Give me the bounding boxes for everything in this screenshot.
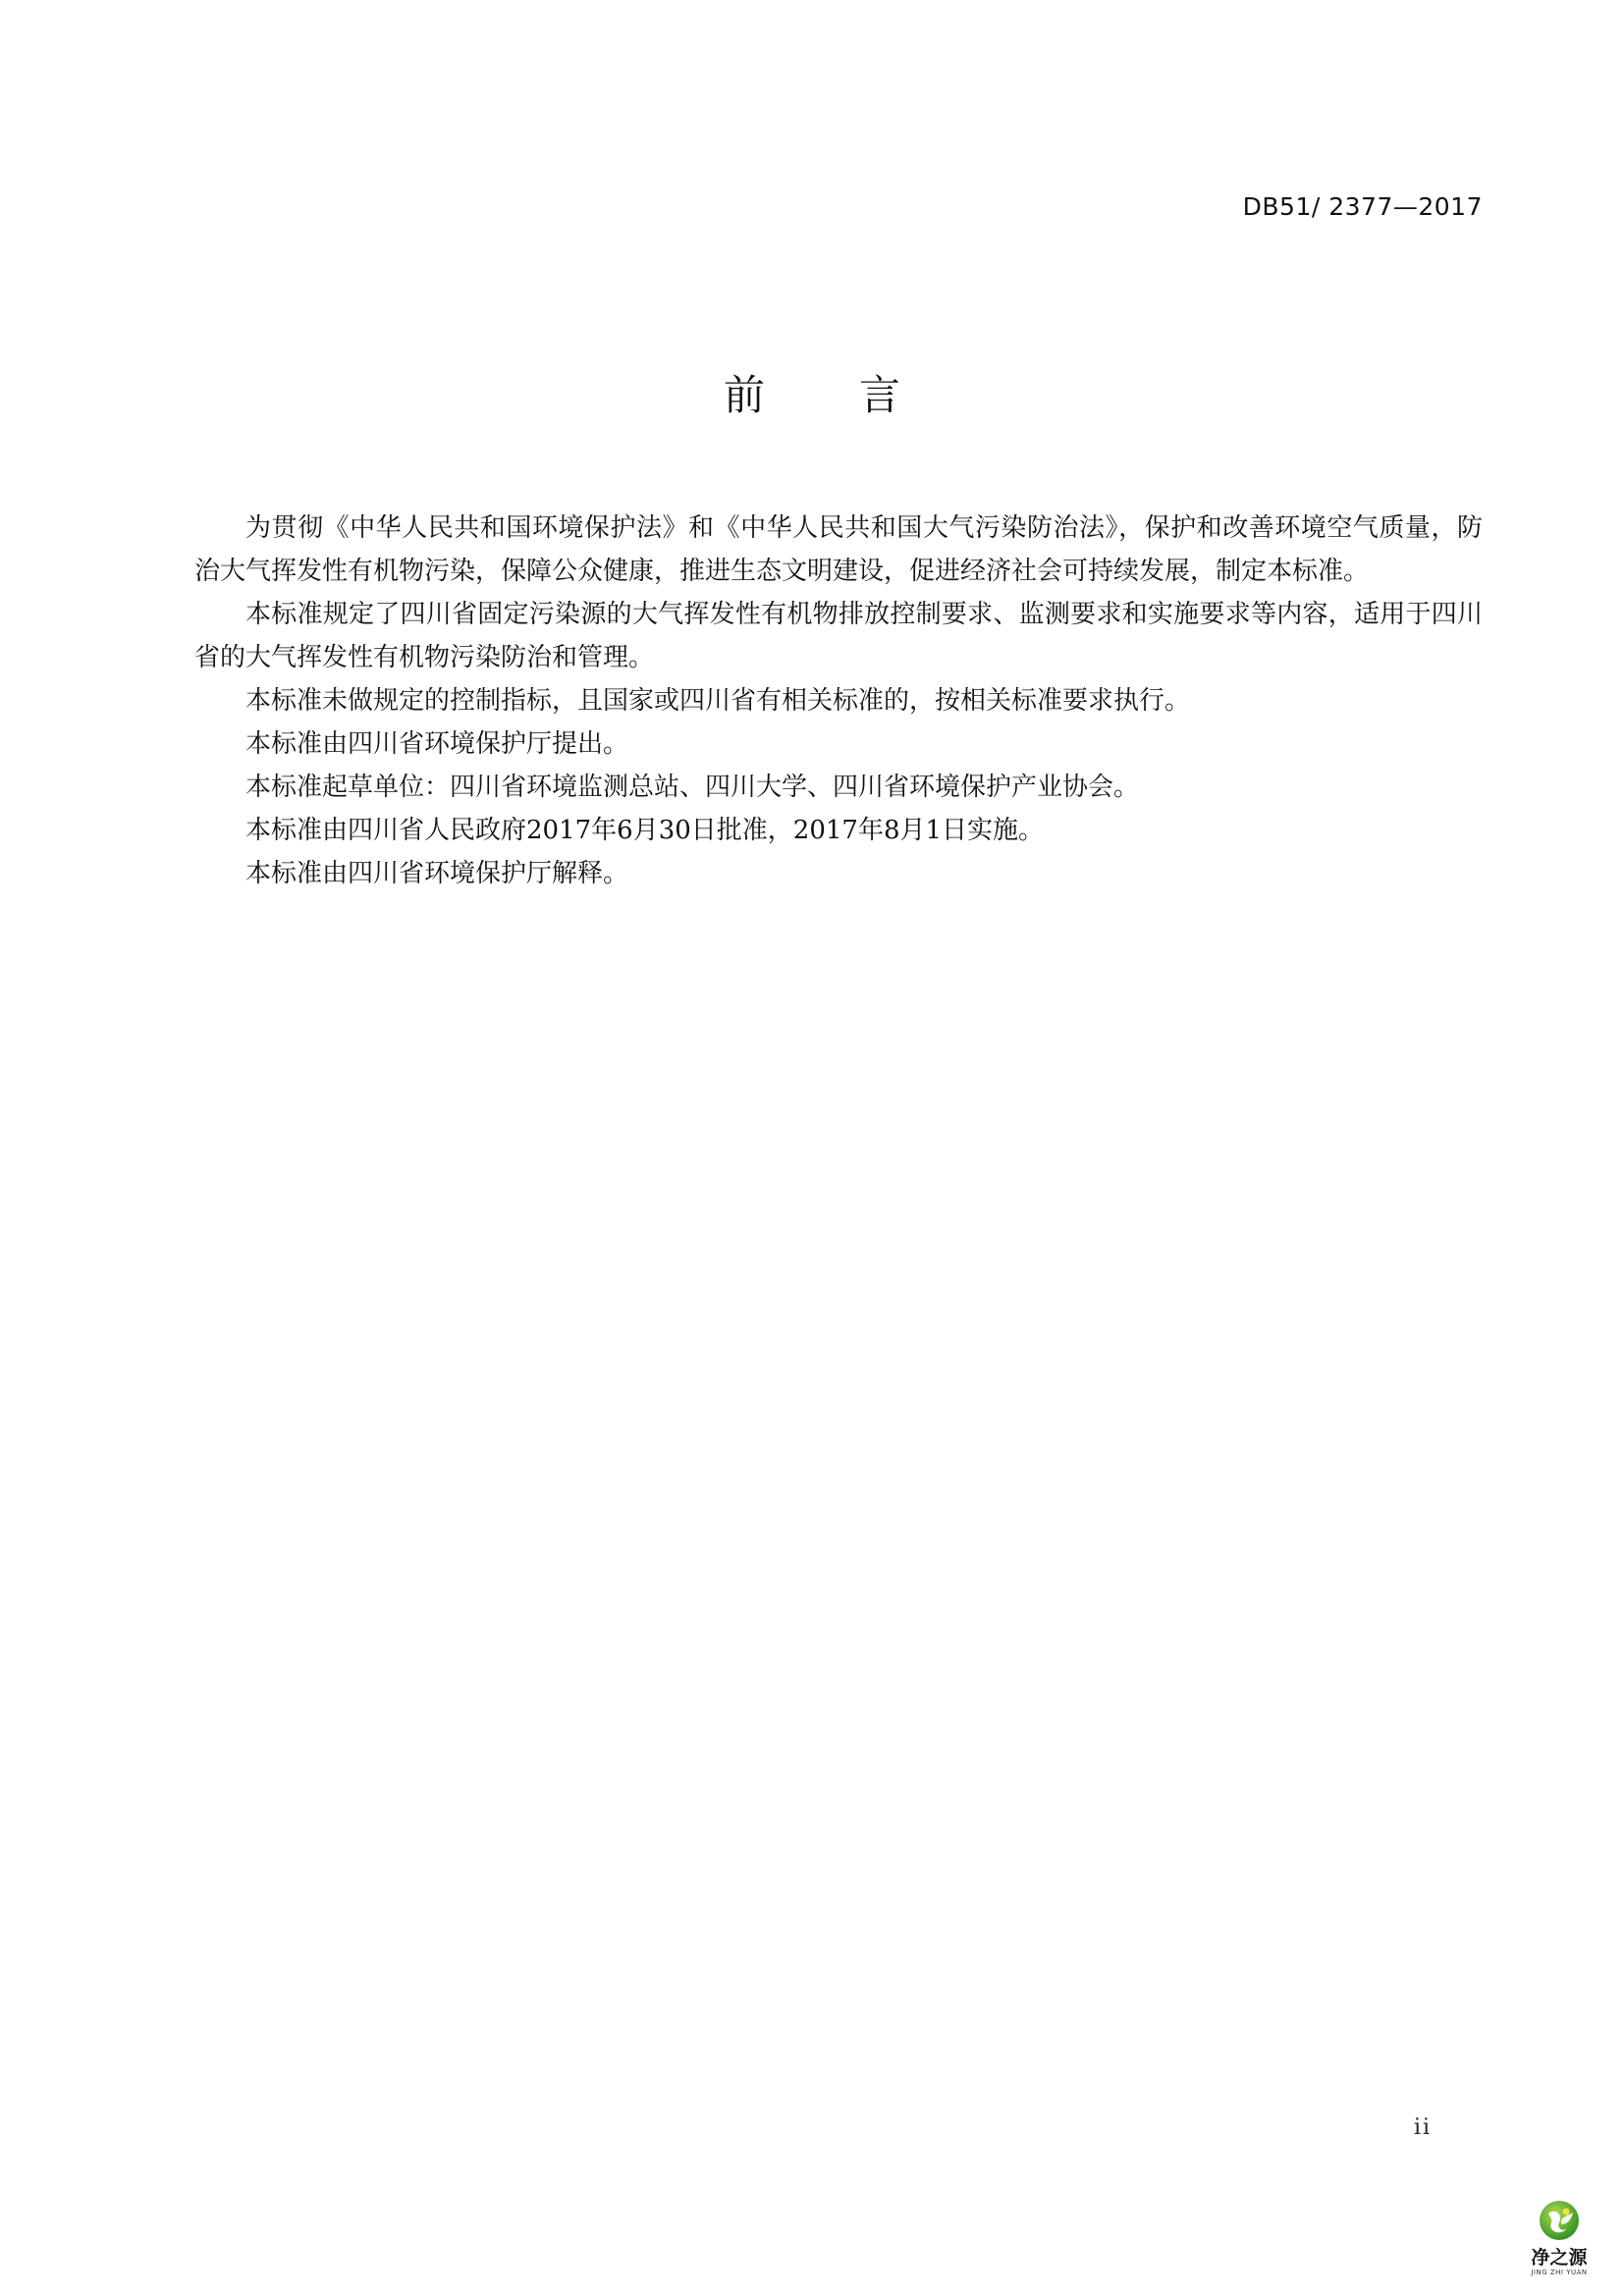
watermark-name: 净之源 <box>1520 2247 1598 2269</box>
watermark-logo: 净之源 JING ZHI YUAN <box>1520 2199 1598 2276</box>
paragraph: 为贯彻《中华人民共和国环境保护法》和《中华人民共和国大气污染防治法》，保护和改善… <box>194 507 1483 593</box>
standard-code: DB51/ 2377—2017 <box>1178 192 1483 221</box>
leaf-sun-logo-icon <box>1538 2199 1581 2242</box>
watermark-subtitle: JING ZHI YUAN <box>1520 2269 1598 2276</box>
page-title: 前言 <box>0 363 1624 422</box>
paragraph: 本标准由四川省环境保护厅解释。 <box>194 852 1483 895</box>
title-char-1: 前 <box>724 371 765 419</box>
paragraph: 本标准规定了四川省固定污染源的大气挥发性有机物排放控制要求、监测要求和实施要求等… <box>194 593 1483 679</box>
title-char-2: 言 <box>859 371 900 419</box>
page-number: ii <box>1414 2115 1432 2140</box>
paragraph: 本标准由四川省人民政府2017年6月30日批准，2017年8月1日实施。 <box>194 809 1483 852</box>
paragraph: 本标准未做规定的控制指标，且国家或四川省有相关标准的，按相关标准要求执行。 <box>194 679 1483 722</box>
paragraph: 本标准由四川省环境保护厅提出。 <box>194 722 1483 766</box>
paragraph: 本标准起草单位：四川省环境监测总站、四川大学、四川省环境保护产业协会。 <box>194 766 1483 809</box>
foreword-body: 为贯彻《中华人民共和国环境保护法》和《中华人民共和国大气污染防治法》，保护和改善… <box>194 507 1483 895</box>
